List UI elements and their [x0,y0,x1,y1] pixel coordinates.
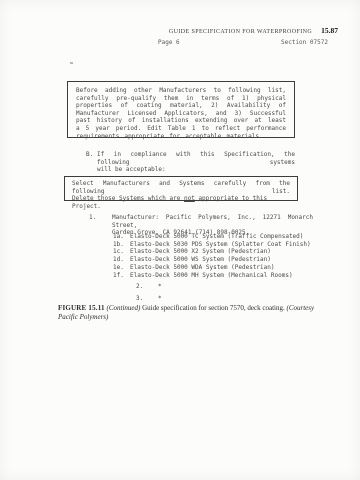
editor-note-2-line2: Delete those Systems which are not appro… [72,195,290,210]
list-item-text: Elasto-Deck 5000 WDA System (Pedestrian) [130,264,275,272]
editor-note-2-line2-pre: Delete those Systems which are [72,195,184,202]
list-item-label: 1c. [113,248,130,256]
section-label: Section 07572 [281,39,328,46]
list-item-text: Elasto-Deck 5030 PDS System (Splatter Co… [130,241,311,249]
placeholder-item-number: 2. [136,283,158,290]
editor-note-box-2: Select Manufacturers and Systems careful… [64,176,298,201]
editor-note-box-1: Before adding other Manufacturers to fol… [67,81,295,138]
list-item-text: Elasto-Deck 5000 WS System (Pedestrian) [130,256,271,264]
placeholder-item-asterisk: * [158,283,162,290]
list-item: 1a. Elasto-Deck 5000 TC System (Traffic … [113,233,323,241]
list-item: 1b. Elasto-Deck 5030 PDS System (Splatte… [113,241,323,249]
paragraph-b: If in compliance with this Specification… [97,151,295,174]
list-item-text: Elasto-Deck 5000 MH System (Mechanical R… [130,272,293,280]
list-item-label: 1d. [113,256,130,264]
page-label: Page 6 [158,39,180,46]
scanned-document-page: GUIDE SPECIFICATION FOR WATERPROOFING 15… [0,0,360,480]
item-1-number: 1. [89,214,96,221]
manufacturer-line1: Manufacturer: Pacific Polymers, Inc., 12… [112,214,313,229]
paragraph-b-line2: will be acceptable: [97,166,295,174]
placeholder-item: 3. * [136,295,162,302]
running-header-title: GUIDE SPECIFICATION FOR WATERPROOFING [169,29,312,35]
list-item: 1f. Elasto-Deck 5000 MH System (Mechanic… [113,272,323,280]
scan-speck [70,62,73,64]
running-header: GUIDE SPECIFICATION FOR WATERPROOFING 15… [169,26,338,35]
list-item-label: 1a. [113,233,130,241]
placeholder-item-number: 3. [136,295,158,302]
placeholder-item: 2. * [136,283,162,290]
figure-caption-number: FIGURE 15.11 [58,304,105,312]
placeholder-item-asterisk: * [158,295,162,302]
paragraph-b-line1: If in compliance with this Specification… [97,151,295,166]
figure-caption-continued: (Continued) [107,304,141,312]
editor-note-2-line1: Select Manufacturers and Systems careful… [72,180,290,195]
list-item: 1c. Elasto-Deck 5000 X2 System (Pedestri… [113,248,323,256]
list-item-label: 1f. [113,272,130,280]
paragraph-b-label: B. [86,151,93,158]
list-item-label: 1e. [113,264,130,272]
running-header-page-number: 15.87 [321,26,338,35]
systems-list: 1a. Elasto-Deck 5000 TC System (Traffic … [113,233,323,279]
figure-caption: FIGURE 15.11 (Continued) Guide specifica… [58,304,324,322]
list-item-label: 1b. [113,241,130,249]
figure-caption-text: Guide specification for section 7570, de… [142,304,285,312]
editor-note-1-text: Before adding other Manufacturers to fol… [76,87,286,140]
list-item-text: Elasto-Deck 5000 TC System (Traffic Comp… [130,233,303,241]
editor-note-2-underlined-word: not [184,195,195,202]
list-item-text: Elasto-Deck 5000 X2 System (Pedestrian) [130,248,271,256]
list-item: 1e. Elasto-Deck 5000 WDA System (Pedestr… [113,264,323,272]
list-item: 1d. Elasto-Deck 5000 WS System (Pedestri… [113,256,323,264]
